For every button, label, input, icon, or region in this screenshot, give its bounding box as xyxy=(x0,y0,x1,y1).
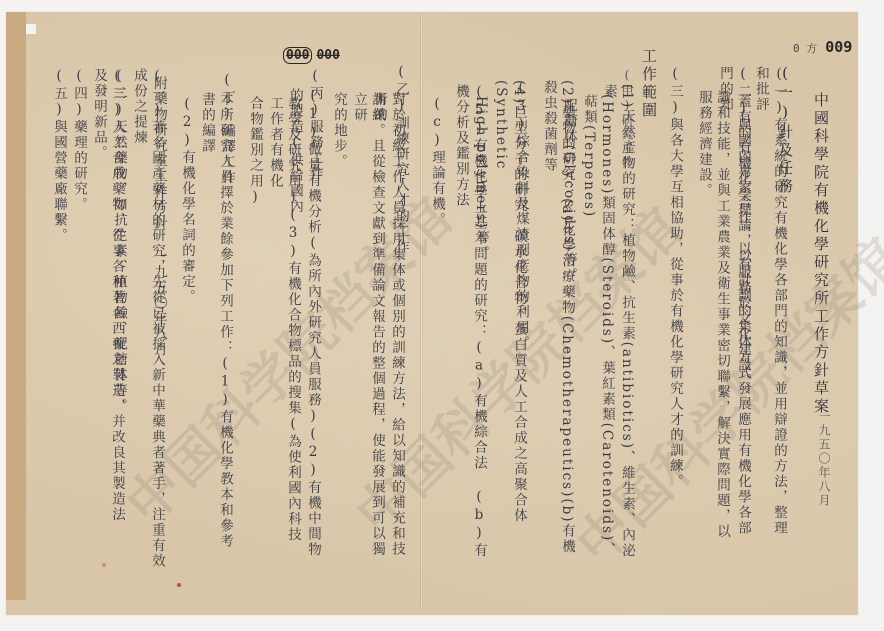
policy-item-2-cont: 識和技能，並與工業農業及衛生事業密切聯繫，解決實際問題，以服務經濟建設。 xyxy=(695,90,731,540)
page-number-prefix: 0 方 xyxy=(793,42,817,55)
document-date: 一九五〇年八月 xyxy=(815,410,833,508)
page-number: 0 方009 xyxy=(793,38,852,56)
research-item-4: (4)巨型分子的研究：碳水化合物、蛋白質及人工合成之高聚合体(Synthetic xyxy=(492,80,528,560)
binding-strip xyxy=(6,12,26,600)
appendix-item-1: (一)著名國產藥材的研究，先從已被採入新中華藥典者著手，注重有效成份之提煉 xyxy=(130,68,166,578)
translation-item-2: (2)有機化學名詞的審定。 xyxy=(178,96,196,305)
stamp-text: 000 xyxy=(316,48,339,63)
policy-item-1: (一)有系統的研究有機化學各部門的知識，並用辯證的方法，整理和批評 xyxy=(752,66,788,536)
document-title: 中國科學院有機化學研究所工作方針草案 xyxy=(812,92,830,416)
crossed-stamp: 000000 xyxy=(283,48,340,63)
page-number-value: 009 xyxy=(825,38,852,56)
page-fold xyxy=(420,12,423,612)
policy-item-3: (三)與各大學互相協助，從事於有機化學研究人才的訓練。 xyxy=(666,66,684,490)
research-item-5: (5)有機化學上基本問題的研究：(a)有機綜合法 (b)有機分析及鑑別方法 xyxy=(452,84,488,564)
appendix-item-4: (四)藥理的研究。 xyxy=(70,68,88,213)
stamp-boxed: 000 xyxy=(283,47,312,64)
red-ink-dot xyxy=(177,583,181,587)
research-item-1-cont: (Hormones)類固体醇(Steroids)、葉紅素類(Carotenoid… xyxy=(580,94,616,564)
translation-text: 本所研究人員擇於業餘參加下列工作：(1)有機化學教本和參考書的編譯 xyxy=(198,92,234,562)
training-text-2: 訓練。且從檢查文獻到準備論文報告的整個過程，使能發展到可以獨立研 xyxy=(350,92,386,562)
service-item-3: 合物鑑別之用) xyxy=(246,96,264,207)
research-item-5c: (c)理論有機。 xyxy=(428,96,446,228)
training-text-3: 究的地步。 xyxy=(330,92,348,170)
appendix-item-5: (五)與國營藥廠聯繫。 xyxy=(50,68,68,244)
paper-tear xyxy=(26,24,36,34)
section-heading-scope: 工作範圍 xyxy=(640,48,658,120)
appendix-item-3: (三)人工合成藥物，從事各种著名西藥之製造，并改良其製造法及發明新品。 xyxy=(90,68,126,528)
service-item-2: 教學及研究用)(3)有機化合物標品的搜集(為使利國內科技工作者有機化 xyxy=(266,96,302,556)
research-item-2: (2)藥物的研究：(a)化學治療藥物(Chemotherapeutics)(b)… xyxy=(540,80,576,560)
red-ink-dot xyxy=(102,563,106,567)
